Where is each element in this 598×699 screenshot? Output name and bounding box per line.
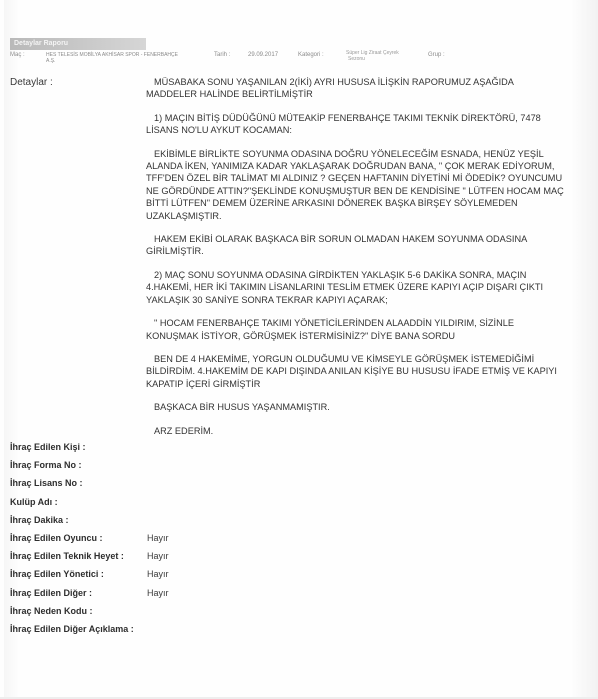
field-label: İhraç Edilen Yönetici : [10, 565, 104, 583]
details-paragraph: MÜSABAKA SONU YAŞANILAN 2(İKİ) AYRI HUSU… [146, 76, 566, 101]
mac-label: Maç : [10, 52, 25, 58]
scan-edge-right [570, 0, 598, 699]
field-value: Hayır [147, 584, 169, 602]
expulsion-fields: İhraç Edilen Kişi : İhraç Forma No : İhr… [10, 438, 134, 638]
tarih-value: 29.09.2017 [248, 52, 278, 58]
field-value: Hayır [147, 529, 169, 547]
kategori-value: Süper Lig Ziraat Çeyrek Sezonu [346, 50, 399, 62]
grup-label: Grup : [428, 52, 445, 58]
field-label: İhraç Forma No : [10, 456, 82, 474]
field-ihrac-lisans-no: İhraç Lisans No : [10, 474, 134, 492]
document-page: Detaylar Raporu Maç : HES TELESİS MOBİLY… [0, 0, 598, 699]
field-ihrac-neden-kodu: İhraç Neden Kodu : [10, 602, 134, 620]
mac-value-line2: A.Ş. [46, 58, 178, 64]
details-paragraph: ARZ EDERİM. [146, 425, 566, 437]
details-paragraph: 1) MAÇIN BİTİŞ DÜDÜĞÜNÜ MÜTEAKİP FENERBA… [146, 112, 566, 137]
field-ihrac-dakika: İhraç Dakika : [10, 511, 134, 529]
field-label: İhraç Edilen Oyuncu : [10, 529, 103, 547]
field-label: İhraç Lisans No : [10, 474, 83, 492]
mac-value: HES TELESİS MOBİLYA AKHİSAR SPOR - FENER… [46, 52, 178, 64]
kategori-value-line2: Sezonu [346, 56, 399, 62]
field-label: Kulüp Adı : [10, 493, 58, 511]
field-ihrac-edilen-teknik-heyet: İhraç Edilen Teknik Heyet : Hayır [10, 547, 134, 565]
field-kulup-adi: Kulüp Adı : [10, 493, 134, 511]
details-label: Detaylar : [10, 77, 53, 88]
mac-value-line1: HES TELESİS MOBİLYA AKHİSAR SPOR - FENER… [46, 52, 178, 58]
field-ihrac-edilen-diger-aciklama: İhraç Edilen Diğer Açıklama : [10, 620, 134, 638]
field-label: İhraç Edilen Teknik Heyet : [10, 547, 124, 565]
field-value: Hayır [147, 547, 169, 565]
field-label: İhraç Dakika : [10, 511, 69, 529]
details-body: MÜSABAKA SONU YAŞANILAN 2(İKİ) AYRI HUSU… [146, 76, 566, 448]
field-label: İhraç Neden Kodu : [10, 602, 93, 620]
field-ihrac-edilen-kisi: İhraç Edilen Kişi : [10, 438, 134, 456]
details-paragraph: BEN DE 4 HAKEMİME, YORGUN OLDUĞUMU VE Kİ… [146, 353, 566, 390]
section-header: Detaylar Raporu [10, 38, 146, 50]
field-ihrac-edilen-yonetici: İhraç Edilen Yönetici : Hayır [10, 565, 134, 583]
tarih-label: Tarih : [214, 52, 230, 58]
field-ihrac-edilen-diger: İhraç Edilen Diğer : Hayır [10, 584, 134, 602]
field-ihrac-edilen-oyuncu: İhraç Edilen Oyuncu : Hayır [10, 529, 134, 547]
details-paragraph: " HOCAM FENERBAHÇE TAKIMI YÖNETİCİLERİND… [146, 317, 566, 342]
field-label: İhraç Edilen Diğer : [10, 584, 92, 602]
details-paragraph: 2) MAÇ SONU SOYUNMA ODASINA GİRDİKTEN YA… [146, 269, 566, 306]
field-value: Hayır [147, 565, 169, 583]
field-label: İhraç Edilen Kişi : [10, 438, 86, 456]
details-paragraph: EKİBİMLE BİRLİKTE SOYUNMA ODASINA DOĞRU … [146, 148, 566, 222]
field-label: İhraç Edilen Diğer Açıklama : [10, 620, 134, 638]
kategori-label: Kategori : [298, 52, 324, 58]
details-paragraph: BAŞKACA BİR HUSUS YAŞANMAMIŞTIR. [146, 401, 566, 413]
details-paragraph: HAKEM EKİBİ OLARAK BAŞKACA BİR SORUN OLM… [146, 233, 566, 258]
field-ihrac-forma-no: İhraç Forma No : [10, 456, 134, 474]
